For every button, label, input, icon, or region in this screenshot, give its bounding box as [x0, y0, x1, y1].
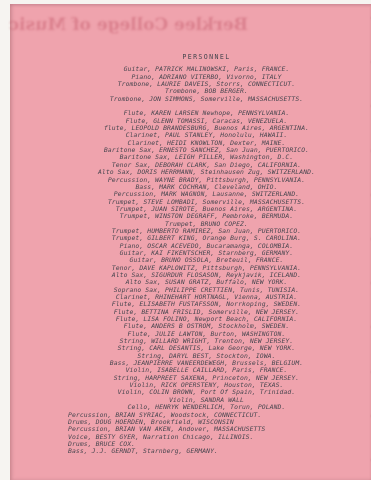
page-title: PERSONNEL [52, 54, 361, 61]
personnel-list-section: PERSONNEL Guitar, PATRICK MALINOWSKI, Pa… [52, 54, 361, 456]
bleed-through-ghost-text: Berklee College of Music [38, 10, 248, 40]
pink-paper-page: Berklee College of Music PERSONNEL Guita… [10, 4, 371, 480]
personnel-line: Bass, J.J. GERNDT, Starnberg, GERMANY. [52, 448, 361, 455]
personnel-list: Guitar, PATRICK MALINOWSKI, Paris, FRANC… [52, 66, 361, 455]
